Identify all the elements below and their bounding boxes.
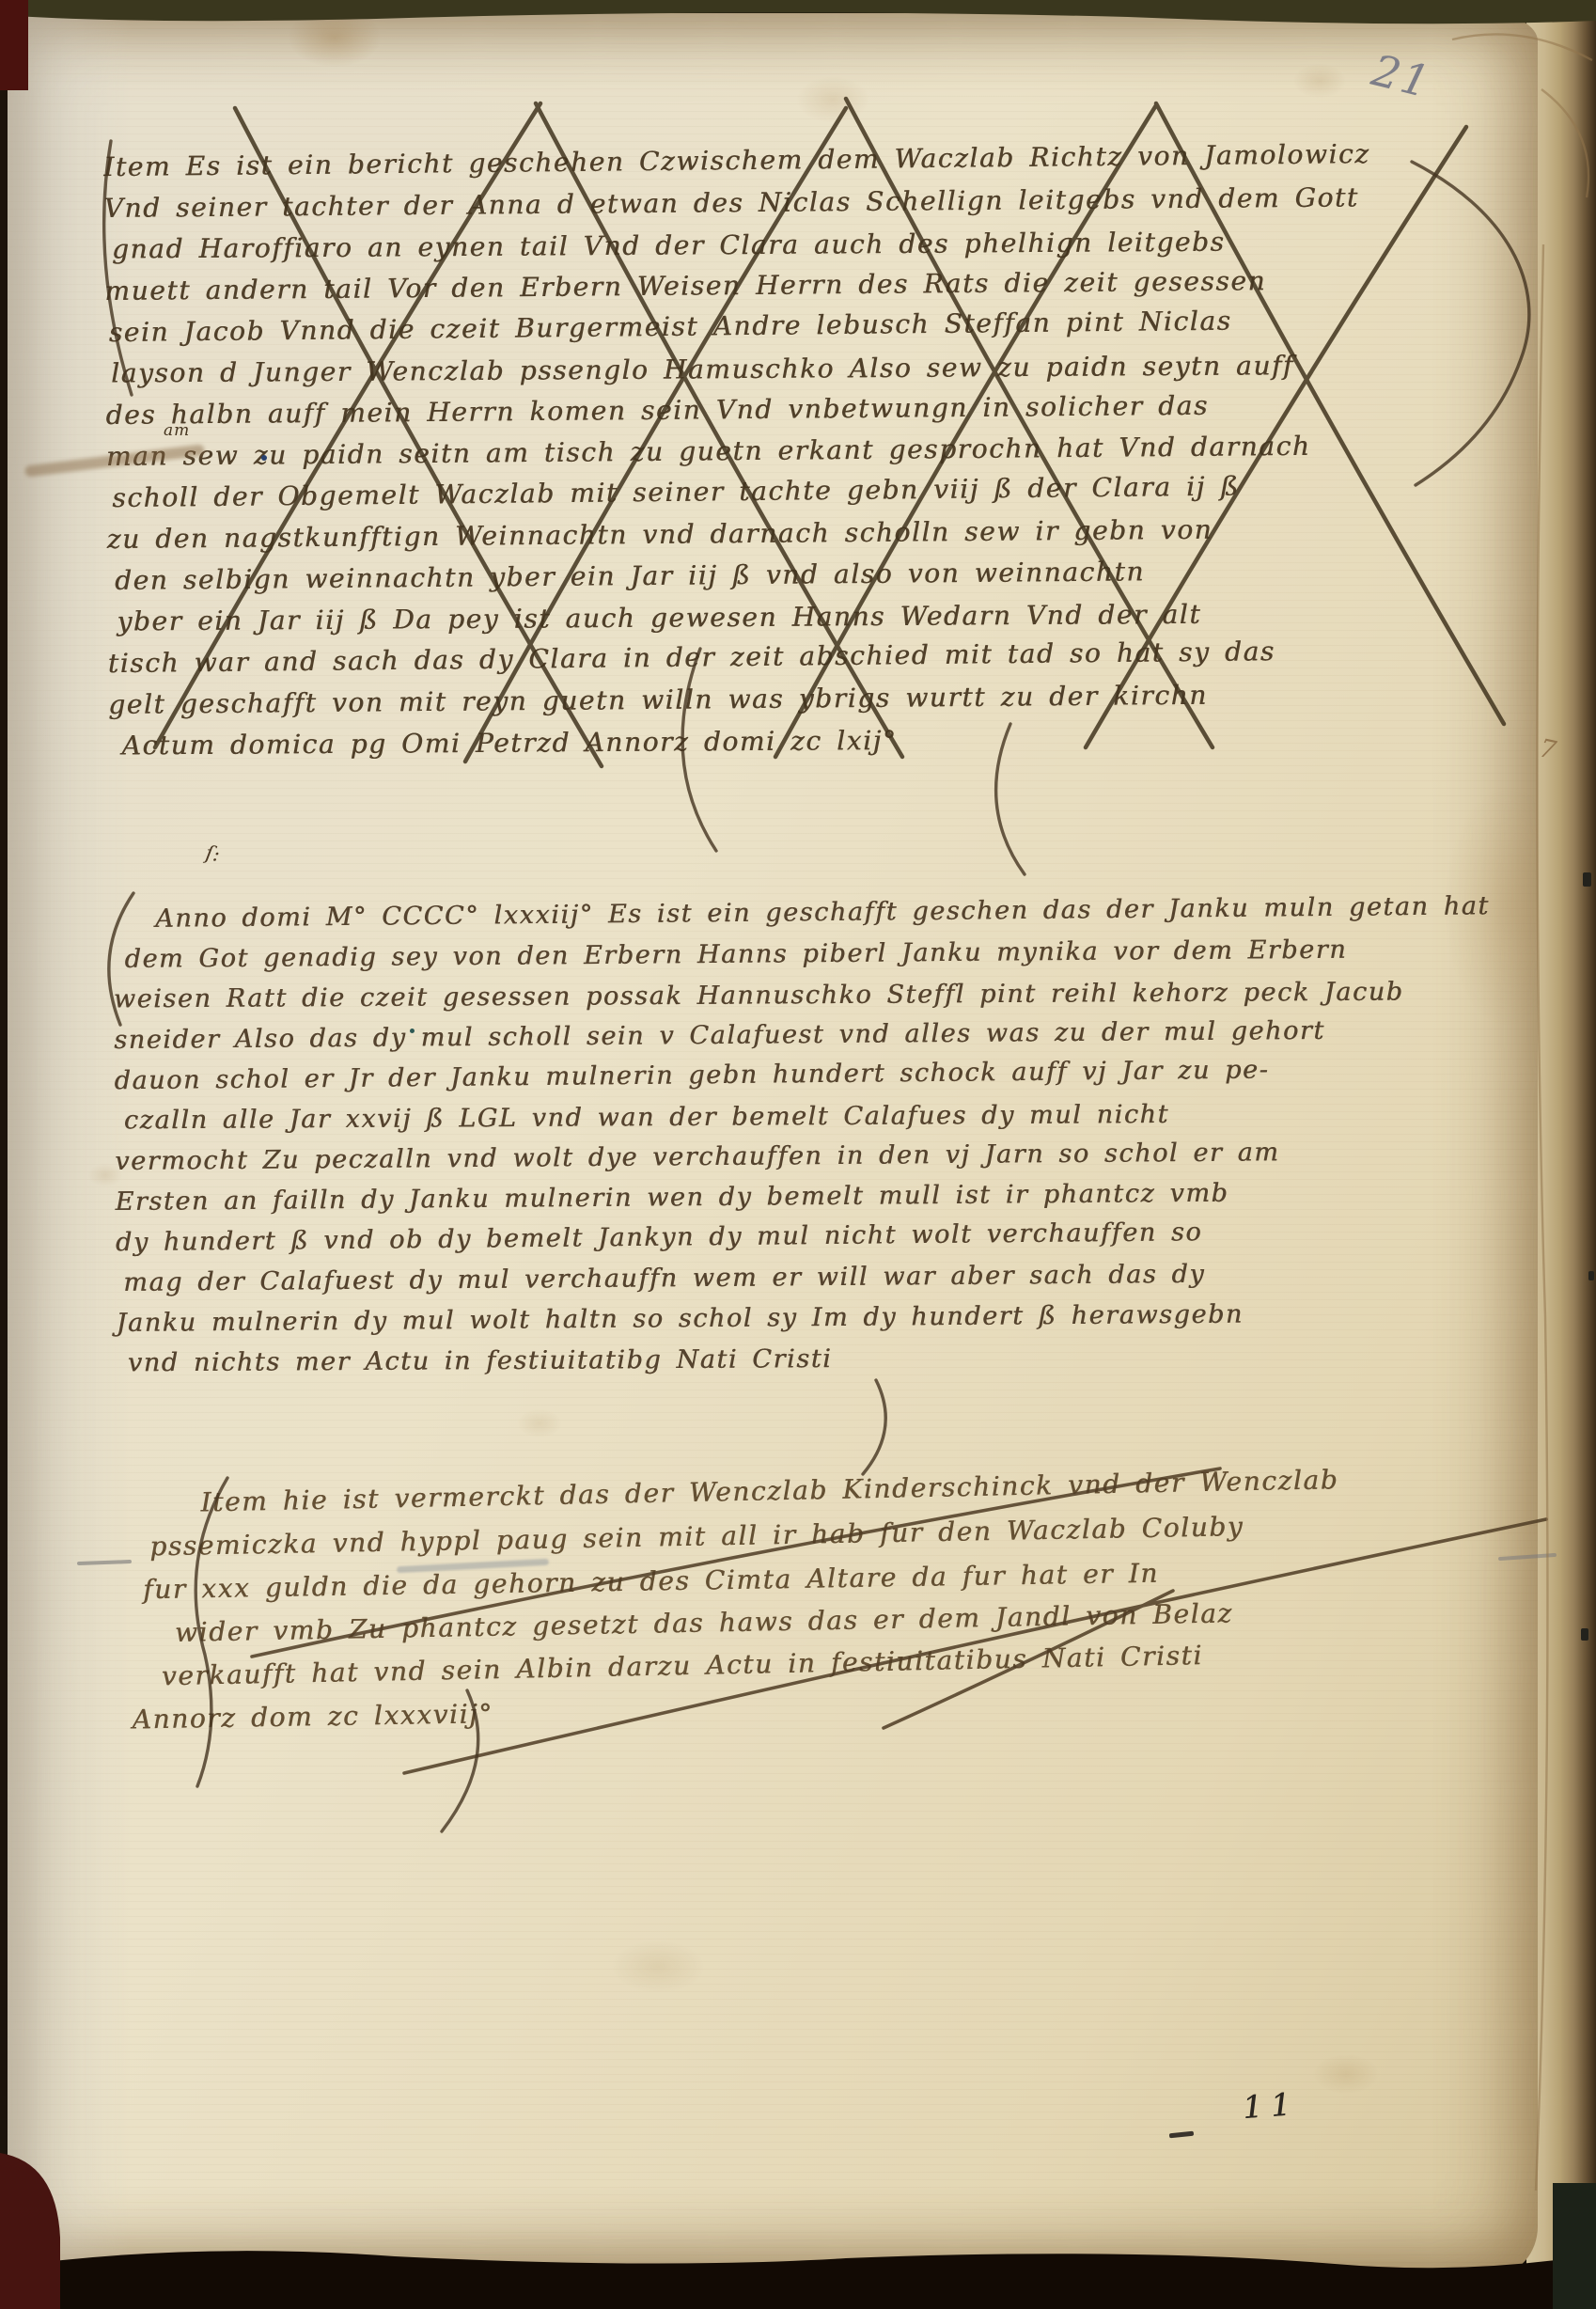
manuscript-line: vnd nichts mer Actu in festiuitatibg Nat… <box>128 1335 1494 1383</box>
edge-speck <box>1588 1271 1594 1280</box>
parchment-page: Item Es ist ein bericht geschehen Czwisc… <box>8 13 1538 2275</box>
manuscript-scan: Item Es ist ein bericht geschehen Czwisc… <box>0 0 1596 2309</box>
entry-paragraph-mark: ſ: <box>204 841 222 866</box>
manuscript-entry-2: Anno domi M° CCCC° lxxxiij° Es ist ein g… <box>113 887 1494 1383</box>
interlinear-insertion: am <box>164 421 190 440</box>
edge-speck <box>1581 1628 1588 1641</box>
manuscript-line: Actum domica pg Omi Petrzd Annorz domi z… <box>121 717 1375 767</box>
page-number-ink: 11 <box>1242 2085 1301 2126</box>
manuscript-entry-1: Item Es ist ein bericht geschehen Czwisc… <box>103 135 1375 767</box>
manuscript-entry-3: Item hie ist vermerckt das der Wenczlab … <box>120 1460 1343 1742</box>
ink-dash-bottom <box>1169 2131 1194 2139</box>
ink-speck <box>261 455 267 461</box>
folio-number-pencil: 21 <box>1367 44 1436 108</box>
edge-speck <box>1583 872 1591 887</box>
ink-speck <box>410 1029 415 1033</box>
